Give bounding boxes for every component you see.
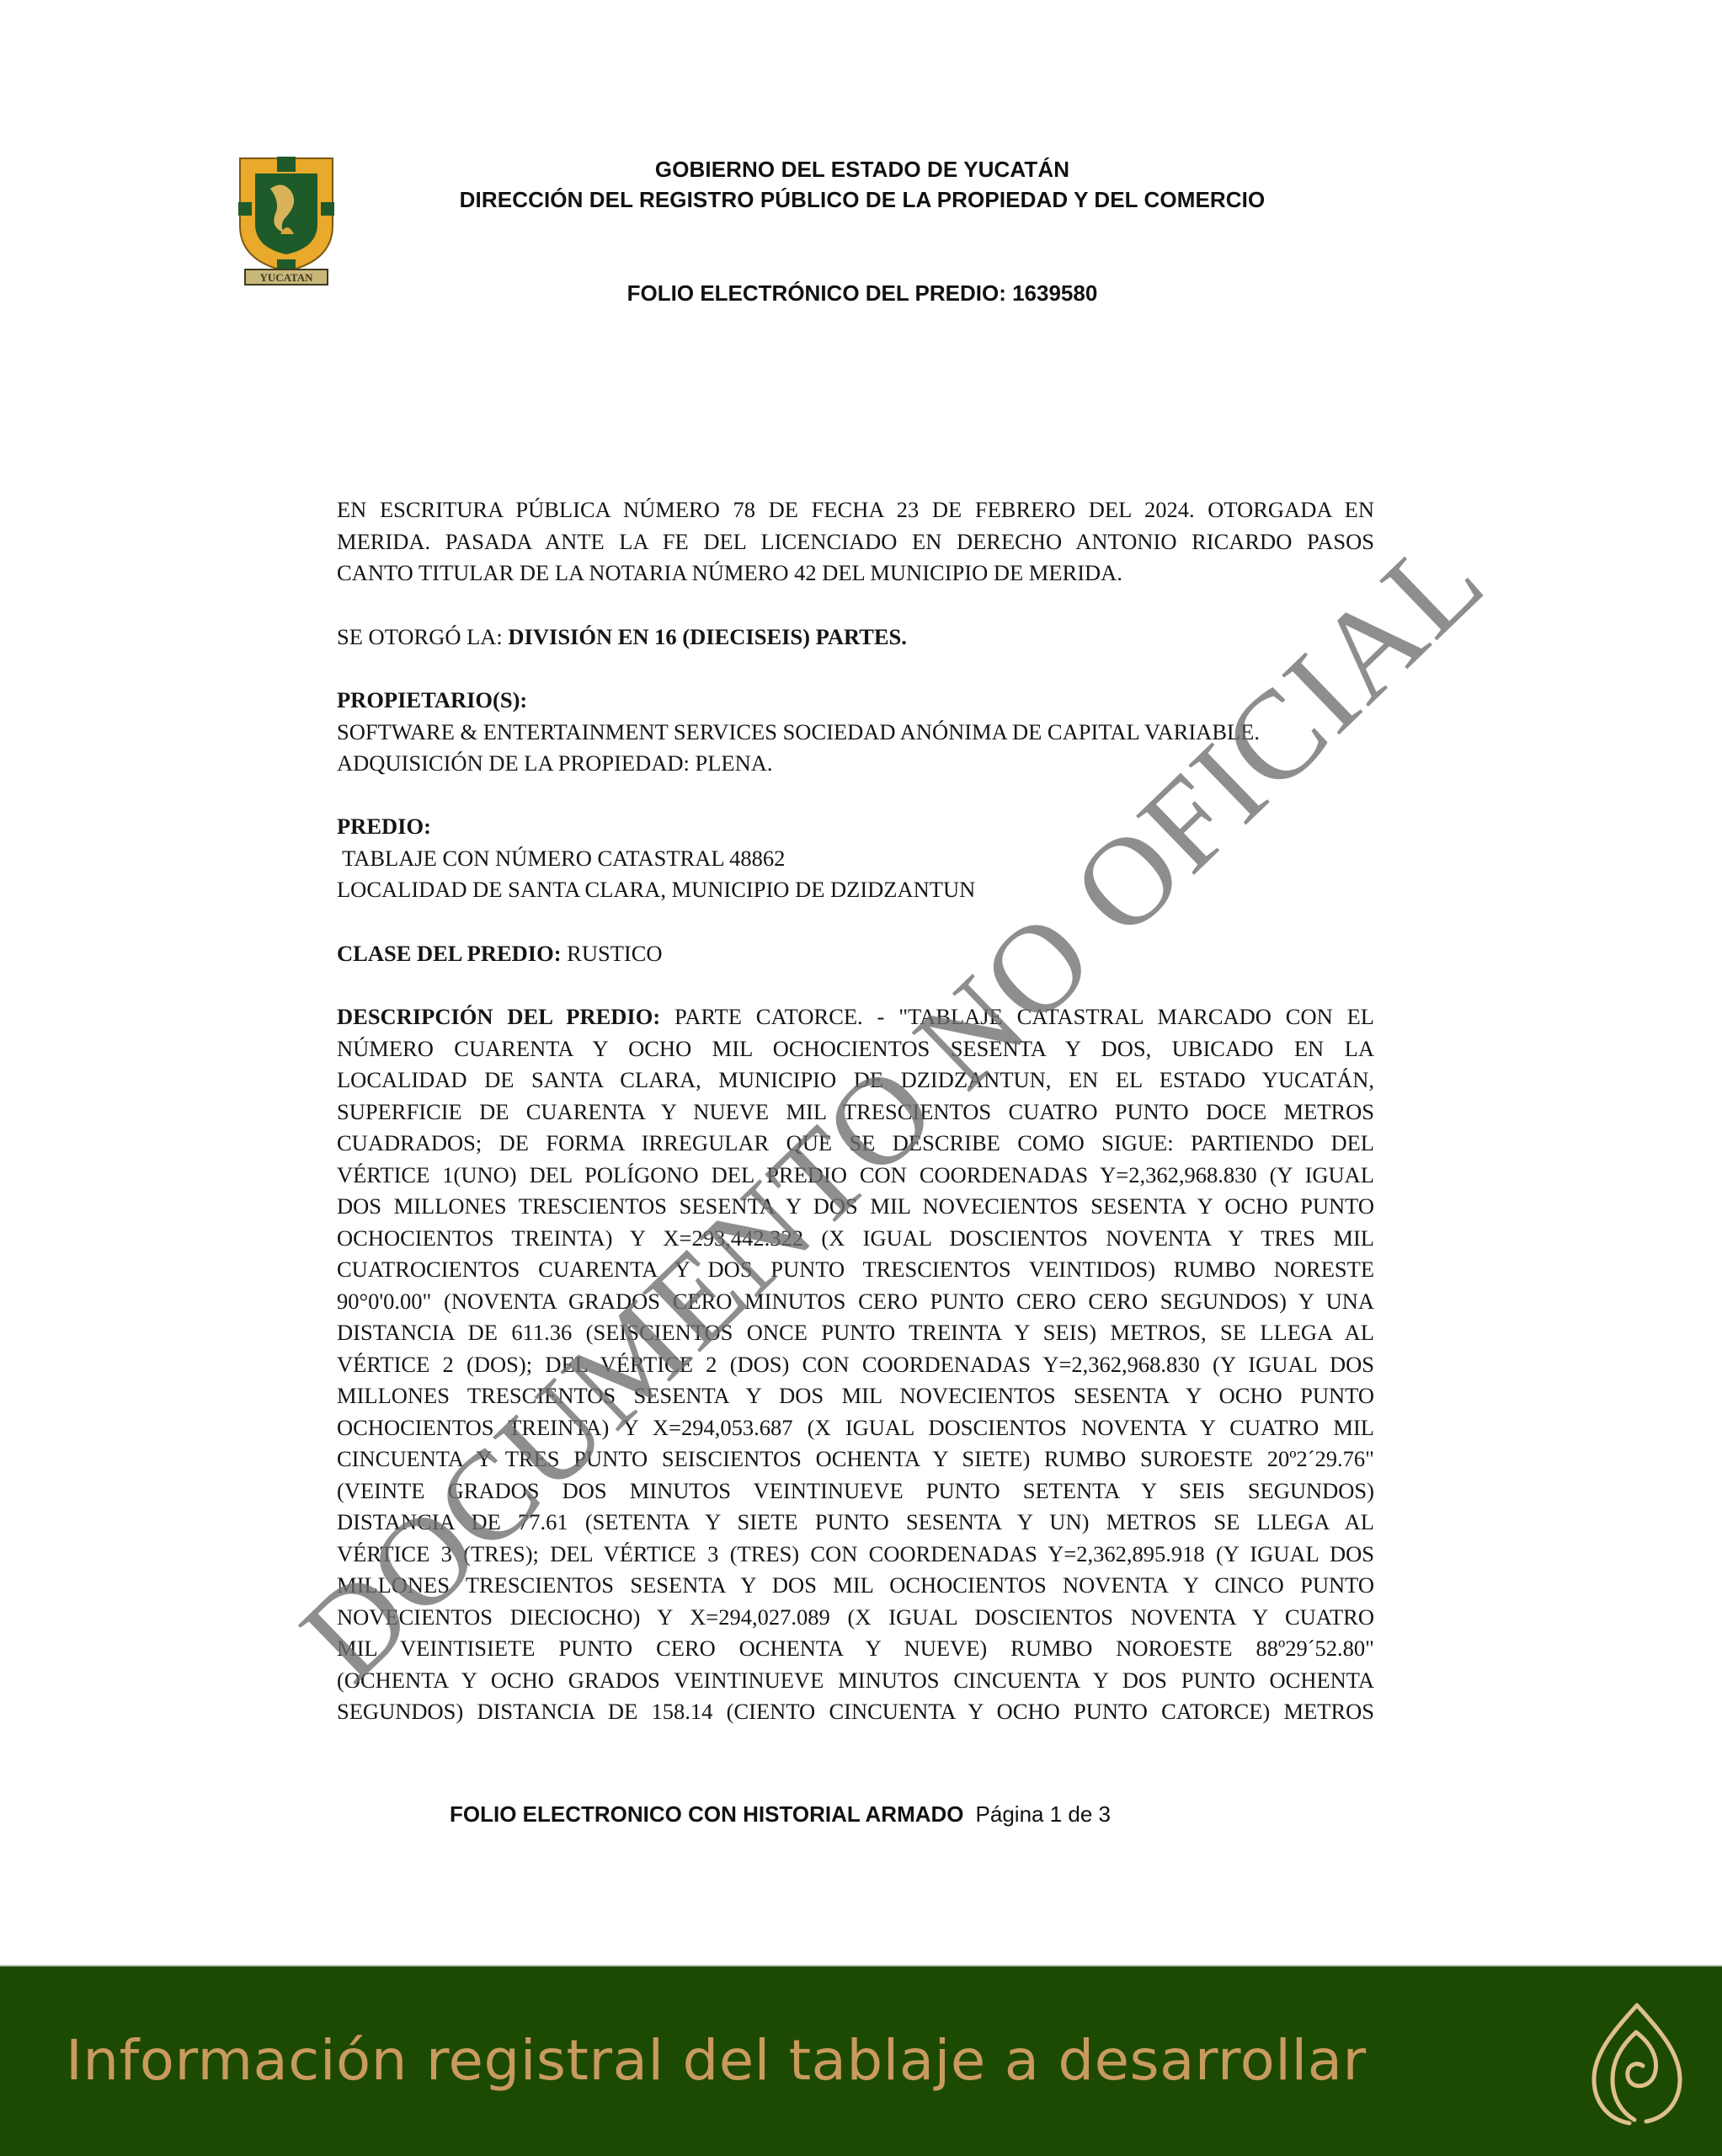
descripcion-line: (OCHENTA Y OCHO GRADOS VEINTINUEVE MINUT… [337,1665,1374,1697]
descripcion-line: CINCUENTA Y TRES PUNTO SEISCIENTOS OCHEN… [337,1444,1374,1476]
otorgo-value: DIVISIÓN EN 16 (DIECISEIS) PARTES. [508,624,906,649]
otorgo-label: SE OTORGÓ LA: [337,624,508,649]
descripcion-line: OCHOCIENTOS TREINTA) Y X=293,442.322 (X … [337,1223,1374,1255]
descripcion-line: VÉRTICE 3 (TRES); DEL VÉRTICE 3 (TRES) C… [337,1539,1374,1571]
descripcion-line: (VEINTE GRADOS DOS MINUTOS VEINTINUEVE P… [337,1476,1374,1508]
header-line-1: GOBIERNO DEL ESTADO DE YUCATÁN [337,154,1388,184]
descripcion-line: MIL VEINTISIETE PUNTO CERO OCHENTA Y NUE… [337,1633,1374,1665]
descripcion-line: SUPERFICIE DE CUARENTA Y NUEVE MIL TRESC… [337,1097,1374,1129]
descripcion-line: NOVECIENTOS DIECIOCHO) Y X=294,027.089 (… [337,1602,1374,1634]
government-header: GOBIERNO DEL ESTADO DE YUCATÁN DIRECCIÓN… [337,154,1388,215]
page-number: Página 1 de 3 [976,1801,1111,1827]
page-footer-label: FOLIO ELECTRONICO CON HISTORIAL ARMADO [450,1801,964,1827]
intro-line: MERIDA. PASADA ANTE LA FE DEL LICENCIADO… [337,526,1374,558]
leaf-logo-icon [1587,2002,1687,2127]
header-line-2: DIRECCIÓN DEL REGISTRO PÚBLICO DE LA PRO… [337,184,1388,215]
descripcion-line: MILLONES TRESCIENTOS SESENTA Y DOS MIL N… [337,1380,1374,1412]
escritura-paragraph: EN ESCRITURA PÚBLICA NÚMERO 78 DE FECHA … [337,494,1374,590]
descripcion-line: MILLONES TRESCIENTOS SESENTA Y DOS MIL O… [337,1570,1374,1602]
svg-text:YUCATAN: YUCATAN [259,271,313,284]
descripcion-line: LOCALIDAD DE SANTA CLARA, MUNICIPIO DE D… [337,1065,1374,1097]
propietarios-section: PROPIETARIO(S): SOFTWARE & ENTERTAINMENT… [337,685,1374,780]
otorgo-section: SE OTORGÓ LA: DIVISIÓN EN 16 (DIECISEIS)… [337,622,1374,654]
descripcion-line: 90°0'0.00" (NOVENTA GRADOS CERO MINUTOS … [337,1286,1374,1318]
caption-title: Información registral del tablaje a desa… [66,2025,1367,2096]
descripcion-line: DOS MILLONES TRESCIENTOS SESENTA Y DOS M… [337,1191,1374,1223]
descripcion-first-line: DESCRIPCIÓN DEL PREDIO: PARTE CATORCE. -… [337,1001,1374,1033]
predio-section: PREDIO: TABLAJE CON NÚMERO CATASTRAL 488… [337,811,1374,906]
document-page: YUCATAN GOBIERNO DEL ESTADO DE YUCATÁN D… [0,0,1722,1965]
propietarios-label: PROPIETARIO(S): [337,685,1374,717]
folio-title: FOLIO ELECTRÓNICO DEL PREDIO: 1639580 [337,278,1388,308]
predio-label: PREDIO: [337,811,1374,843]
descripcion-section: DESCRIPCIÓN DEL PREDIO: PARTE CATORCE. -… [337,1001,1374,1728]
slide-caption-band: Información registral del tablaje a desa… [0,1965,1722,2156]
predio-line-1: TABLAJE CON NÚMERO CATASTRAL 48862 [337,843,1374,875]
descripcion-line: SEGUNDOS) DISTANCIA DE 158.14 (CIENTO CI… [337,1696,1374,1728]
adquisicion: ADQUISICIÓN DE LA PROPIEDAD: PLENA. [337,748,1374,780]
intro-line: EN ESCRITURA PÚBLICA NÚMERO 78 DE FECHA … [337,494,1374,526]
clase-label: CLASE DEL PREDIO: [337,941,567,966]
descripcion-line: NÚMERO CUARENTA Y OCHO MIL OCHOCIENTOS S… [337,1033,1374,1065]
descripcion-line: CUATROCIENTOS CUARENTA Y DOS PUNTO TRESC… [337,1254,1374,1286]
descripcion-label: DESCRIPCIÓN DEL PREDIO: [337,1004,674,1029]
descripcion-line: VÉRTICE 2 (DOS); DEL VÉRTICE 2 (DOS) CON… [337,1349,1374,1381]
descripcion-line: VÉRTICE 1(UNO) DEL POLÍGONO DEL PREDIO C… [337,1160,1374,1192]
predio-line-2: LOCALIDAD DE SANTA CLARA, MUNICIPIO DE D… [337,874,1374,906]
page-footer: FOLIO ELECTRONICO CON HISTORIAL ARMADOPá… [337,1799,1388,1829]
propietario-name: SOFTWARE & ENTERTAINMENT SERVICES SOCIED… [337,717,1374,749]
yucatan-crest-icon: YUCATAN [237,153,336,286]
descripcion-line: CUADRADOS; DE FORMA IRREGULAR QUE SE DES… [337,1128,1374,1160]
descripcion-text: PARTE CATORCE. - "TABLAJE CATASTRAL MARC… [674,1004,1374,1029]
descripcion-line: DISTANCIA DE 77.61 (SETENTA Y SIETE PUNT… [337,1507,1374,1539]
descripcion-lines: NÚMERO CUARENTA Y OCHO MIL OCHOCIENTOS S… [337,1033,1374,1728]
clase-value: RUSTICO [567,941,662,966]
descripcion-line: OCHOCIENTOS TREINTA) Y X=294,053.687 (X … [337,1412,1374,1444]
intro-line: CANTO TITULAR DE LA NOTARIA NÚMERO 42 DE… [337,558,1374,590]
clase-section: CLASE DEL PREDIO: RUSTICO [337,938,1374,970]
descripcion-line: DISTANCIA DE 611.36 (SEISCIENTOS ONCE PU… [337,1317,1374,1349]
